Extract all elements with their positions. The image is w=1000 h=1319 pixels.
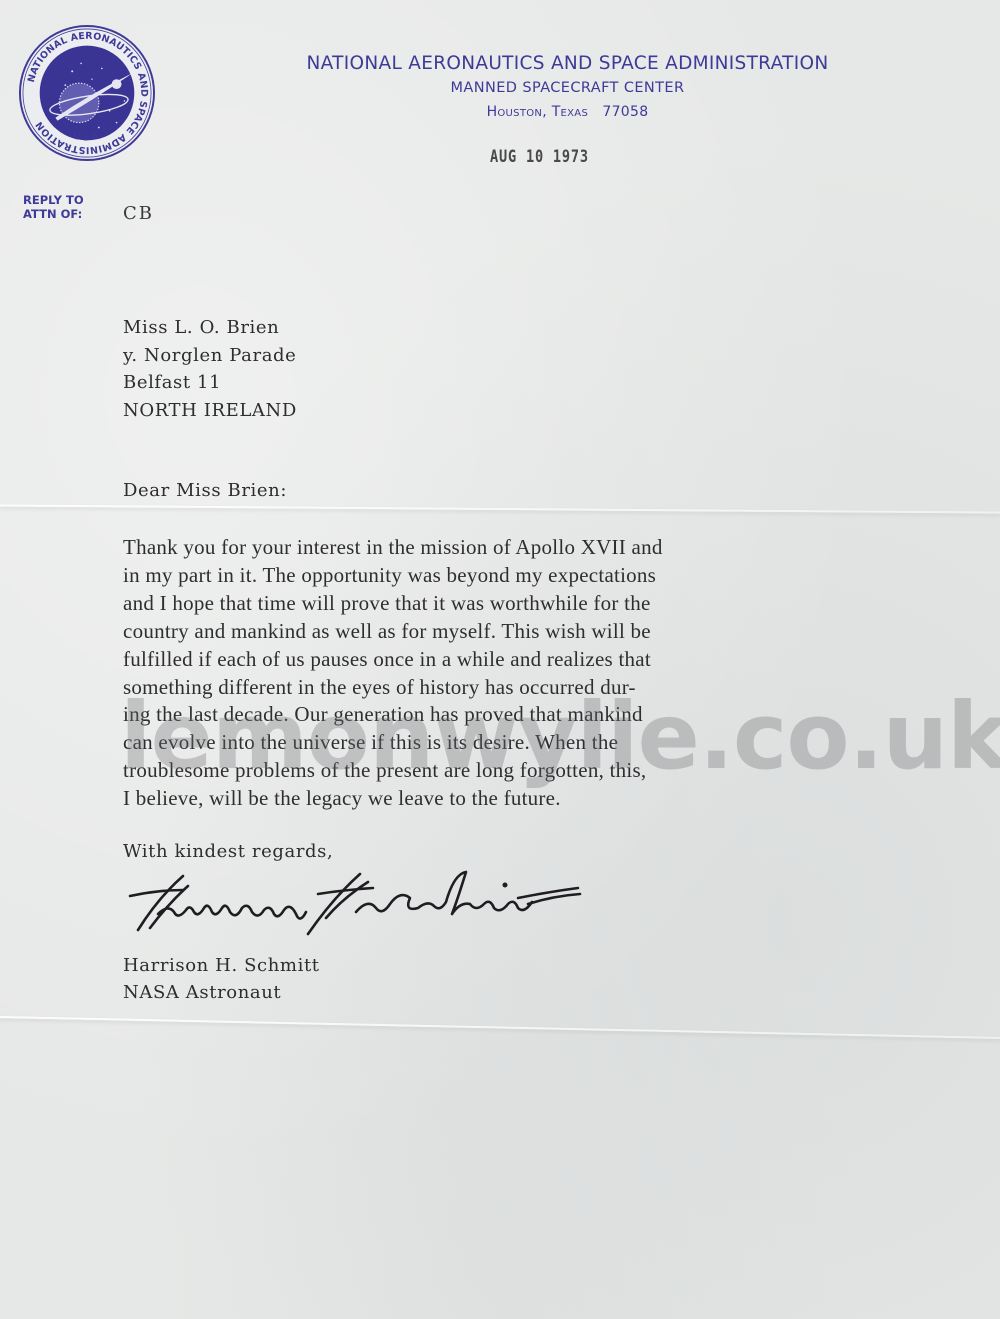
salutation: Dear Miss Brien: (123, 480, 287, 501)
body-line: I believe, will be the legacy we leave t… (123, 785, 863, 813)
nasa-seal-icon: NATIONAL AERONAUTICS AND SPACE ADMINISTR… (18, 24, 156, 162)
body-line: and I hope that time will prove that it … (123, 590, 863, 618)
letterhead-address: Houston, Texas 77058 (290, 104, 845, 120)
body-line: country and mankind as well as for mysel… (123, 618, 863, 646)
reply-to-label-line2: ATTN OF: (23, 207, 84, 221)
recipient-line: NORTH IRELAND (123, 397, 297, 425)
closing: With kindest regards, (123, 841, 333, 862)
body-line: Thank you for your interest in the missi… (123, 534, 863, 562)
letterhead-center: MANNED SPACECRAFT CENTER (290, 80, 845, 96)
svg-text:U.S.A.: U.S.A. (72, 130, 102, 143)
date-stamp: AUG 10 1973 (490, 147, 589, 167)
paper-fold-line (0, 1016, 1000, 1039)
body-line: fulfilled if each of us pauses once in a… (123, 646, 863, 674)
handwritten-signature-icon (128, 868, 588, 940)
recipient-line: y. Norglen Parade (123, 342, 297, 370)
signer-block: Harrison H. Schmitt NASA Astronaut (123, 952, 320, 1006)
recipient-line: Miss L. O. Brien (123, 314, 297, 342)
signer-name: Harrison H. Schmitt (123, 952, 320, 979)
recipient-line: Belfast 11 (123, 369, 297, 397)
body-line: troublesome problems of the present are … (123, 757, 863, 785)
body-line: something different in the eyes of histo… (123, 674, 863, 702)
body-line: in my part in it. The opportunity was be… (123, 562, 863, 590)
reply-to-label-line1: REPLY TO (23, 193, 84, 207)
body-line: ing the last decade. Our generation has … (123, 701, 863, 729)
signer-title: NASA Astronaut (123, 979, 320, 1006)
letterhead-city: Houston, Texas (487, 104, 589, 120)
body-line: can evolve into the universe if this is … (123, 729, 863, 757)
letterhead-organization: NATIONAL AERONAUTICS AND SPACE ADMINISTR… (290, 53, 845, 74)
letterhead-zip: 77058 (602, 104, 648, 120)
recipient-address: Miss L. O. Brien y. Norglen Parade Belfa… (123, 314, 297, 424)
reply-to-value: CB (123, 203, 154, 224)
paper-fold-line (0, 505, 1000, 514)
reply-to-label: REPLY TO ATTN OF: (23, 193, 84, 221)
letter-body: Thank you for your interest in the missi… (123, 534, 863, 813)
